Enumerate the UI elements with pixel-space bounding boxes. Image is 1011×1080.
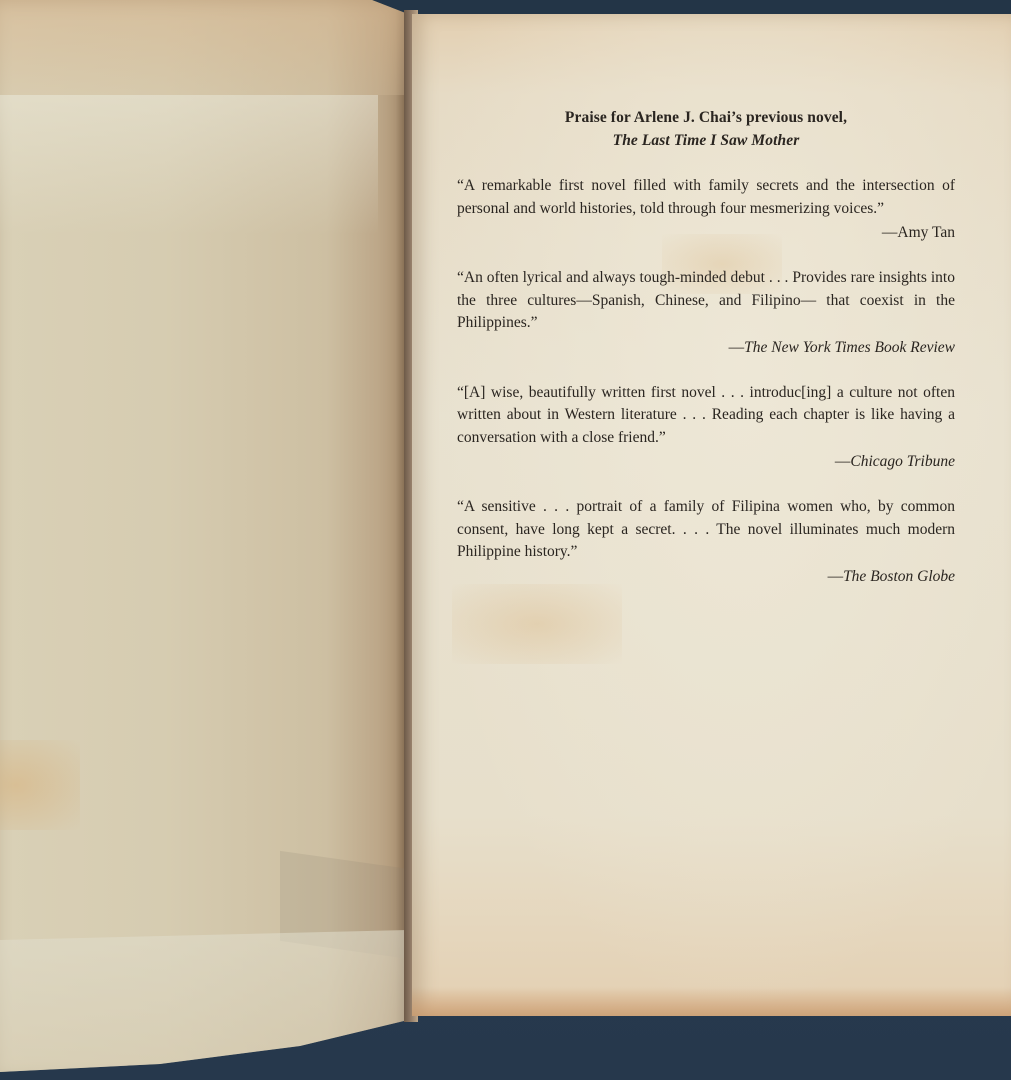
attribution-dash: — <box>882 224 898 241</box>
quote-attribution: —The New York Times Book Review <box>457 336 955 360</box>
quote-attribution: —Amy Tan <box>457 221 955 245</box>
quote-text: “An often lyrical and always tough-minde… <box>457 267 955 335</box>
quote-attribution: —The Boston Globe <box>457 565 955 589</box>
attribution-dash: — <box>828 568 844 585</box>
book-title: The Last Time I Saw Mother <box>457 129 955 152</box>
quote-text: “A remarkable first novel filled with fa… <box>457 175 955 220</box>
review-quotes: “A remarkable first novel filled with fa… <box>457 175 955 589</box>
review-quote: “A sensitive . . . portrait of a family … <box>457 496 955 589</box>
left-page-blank <box>0 0 408 1080</box>
review-quote: “[A] wise, beautifully written first nov… <box>457 382 955 475</box>
quote-text: “[A] wise, beautifully written first nov… <box>457 382 955 450</box>
heading-line: Praise for Arlene J. Chai’s previous nov… <box>457 106 955 129</box>
attribution-dash: — <box>835 453 851 470</box>
attribution-source: The New York Times Book Review <box>744 339 955 356</box>
left-page-stain <box>0 740 80 830</box>
attribution-dash: — <box>729 339 745 356</box>
page-heading: Praise for Arlene J. Chai’s previous nov… <box>457 106 955 152</box>
attribution-source: Chicago Tribune <box>850 453 955 470</box>
review-quote: “A remarkable first novel filled with fa… <box>457 175 955 245</box>
attribution-source: The Boston Globe <box>843 568 955 585</box>
quote-attribution: —Chicago Tribune <box>457 450 955 474</box>
praise-page-content: Praise for Arlene J. Chai’s previous nov… <box>457 106 955 611</box>
attribution-source: Amy Tan <box>897 224 955 241</box>
review-quote: “An often lyrical and always tough-minde… <box>457 267 955 360</box>
quote-text: “A sensitive . . . portrait of a family … <box>457 496 955 564</box>
left-page-fold <box>0 95 378 235</box>
